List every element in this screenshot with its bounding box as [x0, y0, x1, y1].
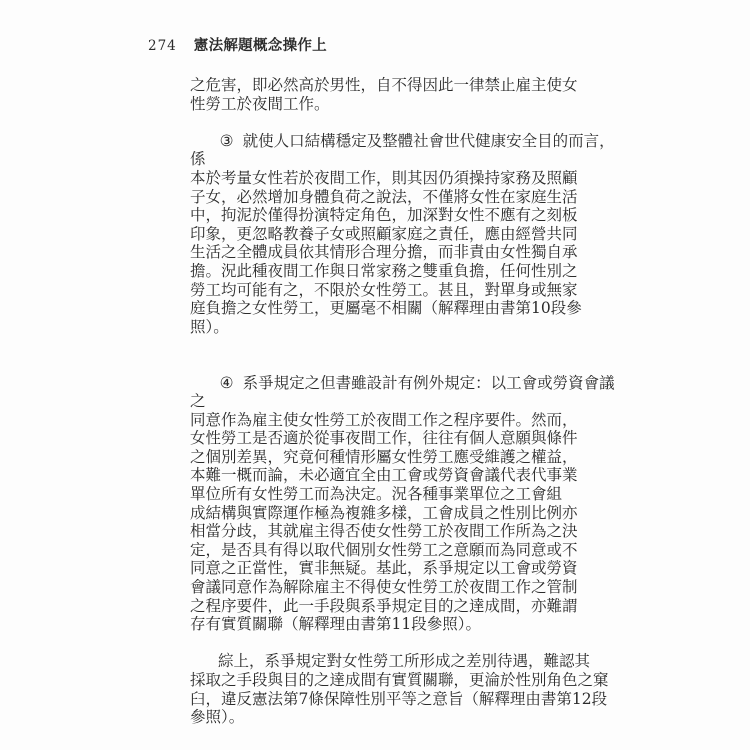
- conclusion-paragraph: 綜上，系爭規定對女性勞工所形成之差別待遇，難認其 採取之手段與目的之達成間有實質…: [190, 652, 630, 726]
- list-item-4: ④系爭規定之但書雖設計有例外規定：以工會或勞資會議之 同意作為雇主使女性勞工於夜…: [190, 355, 630, 653]
- book-title: 憲法解題概念操作上: [194, 34, 327, 55]
- continuation-paragraph: 之危害，即必然高於男性，自不得因此一律禁止雇主使女 性勞工於夜間工作。: [190, 76, 630, 113]
- list-item-3: ③就使人口結構穩定及整體社會世代健康安全目的而言，係 本於考量女性若於夜間工作，…: [190, 113, 630, 355]
- item-4-marker: ④: [220, 374, 243, 393]
- item-3-marker: ③: [220, 132, 243, 151]
- item-4-text: 系爭規定之但書雖設計有例外規定：以工會或勞資會議之 同意作為雇主使女性勞工於夜間…: [190, 374, 615, 634]
- page-number: 274: [148, 38, 177, 54]
- book-page: 274 憲法解題概念操作上 之危害，即必然高於男性，自不得因此一律禁止雇主使女 …: [0, 0, 750, 750]
- page-body: 之危害，即必然高於男性，自不得因此一律禁止雇主使女 性勞工於夜間工作。 ③就使人…: [190, 76, 630, 727]
- item-3-text: 就使人口結構穩定及整體社會世代健康安全目的而言，係 本於考量女性若於夜間工作，則…: [190, 132, 615, 336]
- page-header: 274 憲法解題概念操作上: [148, 34, 327, 55]
